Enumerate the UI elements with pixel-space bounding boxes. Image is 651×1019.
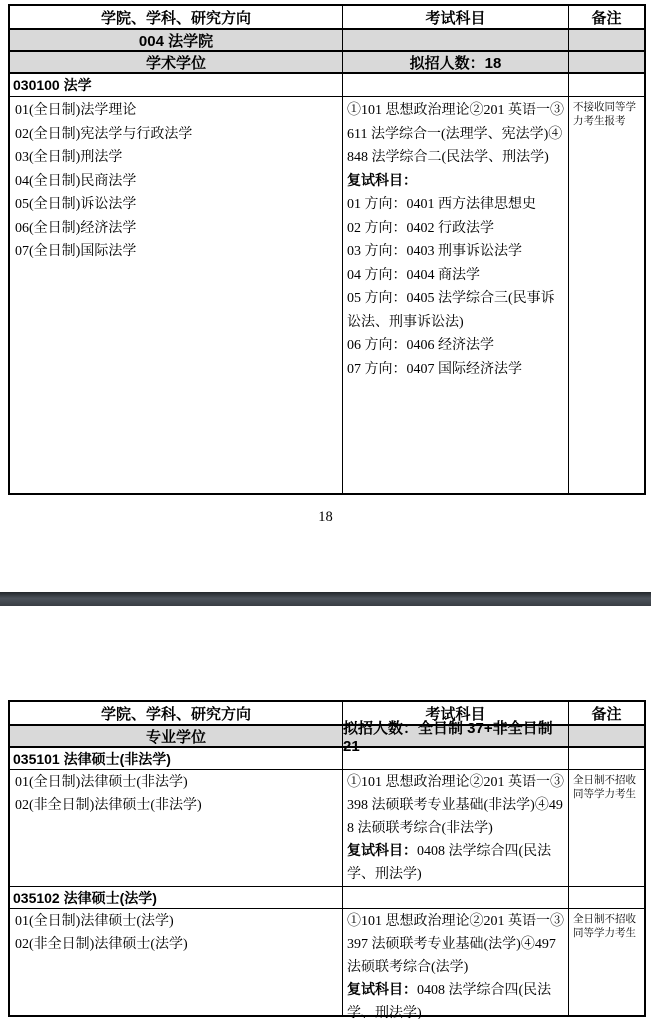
program-item: 06(全日制)经济法学 — [15, 217, 340, 241]
exam-line: 03 方向：0403 刑事诉讼法学 — [347, 240, 566, 264]
major-content-row: 01(全日制)法学理论 02(全日制)宪法学与行政法学 03(全日制)刑法学 0… — [10, 97, 644, 493]
college-row-empty-cell — [569, 30, 644, 50]
retest-subjects-label: 复试科目： — [347, 983, 417, 998]
major-code: 030100 法学 — [10, 74, 343, 96]
exam-line: ①101 思想政治理论②201 英语一③611 法学综合一(法理学、宪法学)④8… — [347, 99, 566, 170]
program-item: 07(全日制)国际法学 — [15, 240, 340, 264]
table-header-row: 学院、学科、研究方向 考试科目 备注 — [10, 6, 644, 30]
program-direction-list: 01(全日制)法律硕士(非法学) 02(非全日制)法律硕士(非法学) — [10, 770, 343, 886]
major-code-empty-cell — [569, 887, 644, 908]
major-content-row: 01(全日制)法律硕士(法学) 02(非全日制)法律硕士(法学) ①101 思想… — [10, 909, 644, 1015]
major-code-empty-cell — [343, 887, 569, 908]
exam-line: 06 方向：0406 经济法学 — [347, 334, 566, 358]
major-code-row: 035102 法律硕士(法学) — [10, 887, 644, 909]
college-row-empty-cell — [343, 30, 569, 50]
college-name: 004 法学院 — [10, 30, 343, 50]
major-code-empty-cell — [343, 74, 569, 96]
major-code-empty-cell — [569, 748, 644, 769]
exam-line: 05 方向：0405 法学综合三(民事诉讼法、刑事诉讼法) — [347, 287, 566, 334]
program-direction-list: 01(全日制)法律硕士(法学) 02(非全日制)法律硕士(法学) — [10, 909, 343, 1015]
remark-cell: 不接收同等学力考生报考 — [569, 97, 644, 493]
retest-subjects-label: 复试科目： — [347, 170, 566, 194]
retest-line: 复试科目：0408 法学综合四(民法学、刑法学) — [347, 840, 566, 886]
major-code-row: 035101 法律硕士(非法学) — [10, 748, 644, 770]
retest-subjects-label: 复试科目： — [347, 844, 417, 859]
header-remarks: 备注 — [569, 702, 644, 724]
enrollment-quota: 拟招人数：全日制 37+非全日制 21 — [343, 726, 569, 746]
page-number: 18 — [0, 509, 651, 526]
program-item: 02(全日制)宪法学与行政法学 — [15, 123, 340, 147]
exam-subjects-cell: ①101 思想政治理论②201 英语一③611 法学综合一(法理学、宪法学)④8… — [343, 97, 569, 493]
admissions-table-professional: 学院、学科、研究方向 考试科目 备注 专业学位 拟招人数：全日制 37+非全日制… — [8, 700, 646, 1017]
college-row: 004 法学院 — [10, 30, 644, 52]
exam-line: 01 方向：0401 西方法律思想史 — [347, 193, 566, 217]
retest-line: 复试科目：0408 法学综合四(民法学、刑法学) — [347, 979, 566, 1019]
program-item: 04(全日制)民商法学 — [15, 170, 340, 194]
exam-subjects-cell: ①101 思想政治理论②201 英语一③398 法硕联考专业基础(非法学)④49… — [343, 770, 569, 886]
header-remarks: 备注 — [569, 6, 644, 28]
degree-type-row: 专业学位 拟招人数：全日制 37+非全日制 21 — [10, 726, 644, 748]
exam-line: 07 方向：0407 国际经济法学 — [347, 358, 566, 382]
program-item: 05(全日制)诉讼法学 — [15, 193, 340, 217]
program-direction-list: 01(全日制)法学理论 02(全日制)宪法学与行政法学 03(全日制)刑法学 0… — [10, 97, 343, 493]
exam-line: ①101 思想政治理论②201 英语一③398 法硕联考专业基础(非法学)④49… — [347, 771, 566, 840]
header-college-major: 学院、学科、研究方向 — [10, 6, 343, 28]
degree-type-row: 学术学位 拟招人数：18 — [10, 52, 644, 74]
remark-cell: 全日制不招收同等学力考生 — [569, 909, 644, 1015]
program-item: 01(全日制)法律硕士(非法学) — [15, 771, 340, 794]
exam-line: 04 方向：0404 商法学 — [347, 264, 566, 288]
major-code-empty-cell — [569, 74, 644, 96]
program-item: 02(非全日制)法律硕士(法学) — [15, 933, 340, 956]
major-content-row: 01(全日制)法律硕士(非法学) 02(非全日制)法律硕士(非法学) ①101 … — [10, 770, 644, 887]
remark-cell: 全日制不招收同等学力考生 — [569, 770, 644, 886]
degree-type-label: 学术学位 — [10, 52, 343, 72]
header-college-major: 学院、学科、研究方向 — [10, 702, 343, 724]
page-separator-bar — [0, 592, 651, 606]
major-code-empty-cell — [343, 748, 569, 769]
program-item: 02(非全日制)法律硕士(非法学) — [15, 794, 340, 817]
document-viewer: { "colors": { "row_shade": "#d9d9d9", "s… — [0, 0, 651, 1019]
degree-type-label: 专业学位 — [10, 726, 343, 746]
program-item: 01(全日制)法学理论 — [15, 99, 340, 123]
program-item: 03(全日制)刑法学 — [15, 146, 340, 170]
major-code-row: 030100 法学 — [10, 74, 644, 97]
exam-line: 02 方向：0402 行政法学 — [347, 217, 566, 241]
degree-row-empty-cell — [569, 726, 644, 746]
enrollment-quota: 拟招人数：18 — [343, 52, 569, 72]
exam-subjects-cell: ①101 思想政治理论②201 英语一③397 法硕联考专业基础(法学)④497… — [343, 909, 569, 1015]
header-exam-subjects: 考试科目 — [343, 6, 569, 28]
major-code: 035101 法律硕士(非法学) — [10, 748, 343, 769]
program-item: 01(全日制)法律硕士(法学) — [15, 910, 340, 933]
admissions-table-academic: 学院、学科、研究方向 考试科目 备注 004 法学院 学术学位 拟招人数：18 … — [8, 4, 646, 495]
exam-line: ①101 思想政治理论②201 英语一③397 法硕联考专业基础(法学)④497… — [347, 910, 566, 979]
major-code: 035102 法律硕士(法学) — [10, 887, 343, 908]
degree-row-empty-cell — [569, 52, 644, 72]
